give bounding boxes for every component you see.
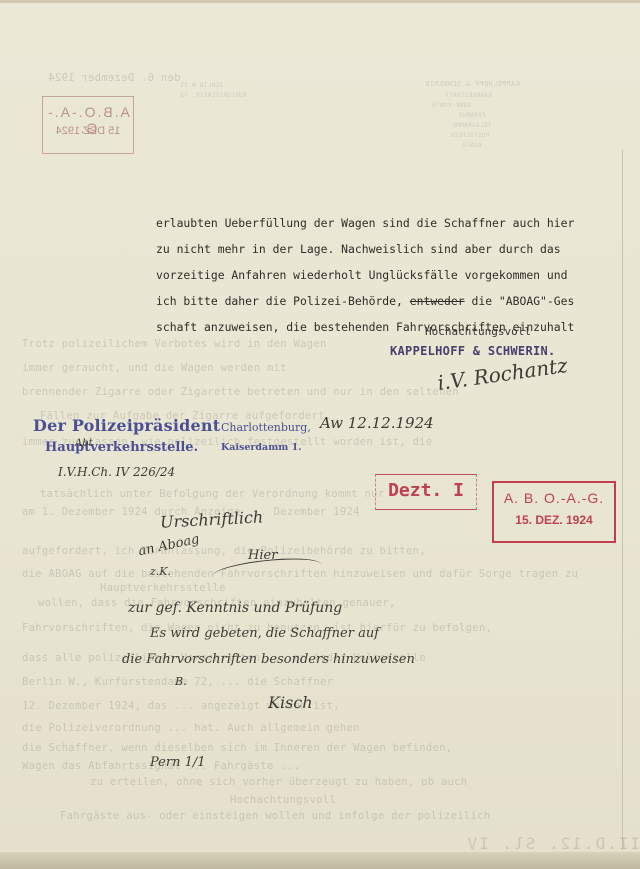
handwritten-instruction: Urschriftlich (160, 507, 264, 531)
ghost-row: Hochachtungsvoll (230, 794, 336, 806)
handwritten-abbr-zk: z.K. (150, 565, 171, 578)
ghost-row: tatsächlich unter Befolgung der Verordnu… (40, 488, 384, 500)
ghost-row: zu erteilen, ohne sich vorher überzeugt … (90, 776, 467, 788)
closing-salutation: Hochachtungsvoll (425, 325, 531, 338)
handwritten-initial-mark: B. (175, 675, 187, 688)
body-line-4-start: ich bitte daher die Polizei-Behörde, (156, 294, 410, 308)
document-page: den 6. Dezember 1924 BERLIN W.35 KURFÜRS… (0, 0, 640, 869)
ghost-row: aufgefordert, ich Veranlassung, die Poli… (22, 545, 426, 557)
handwritten-date-2: Pern 1/1 (150, 755, 206, 770)
letterhead-bleed-line: FERNRUF (458, 112, 485, 119)
paper-fold-line (622, 150, 623, 850)
letterhead-bleed-line: BANKGESCHÄFT (445, 92, 492, 99)
handwritten-signature: i.V. Rochantz (436, 353, 569, 395)
handwritten-note-2: Es wird gebeten, die Schaffner auf (150, 626, 379, 641)
department-stamp-label: Dezt. I (376, 480, 476, 501)
police-stamp-title: Der Polizeipräsident (33, 416, 220, 435)
letterhead-bleed-line: BANK-KONTO (432, 102, 471, 109)
police-stamp-address: Kaiserdamm 1. (221, 442, 302, 453)
handwritten-abt: Abt (75, 438, 93, 449)
letterhead-date-bleed: den 6. Dezember 1924 (48, 72, 180, 84)
body-line-3: vorzeitige Anfahren wiederholt Unglücksf… (156, 262, 574, 288)
letterhead-bleed-line: TELEGRAMME (452, 122, 491, 129)
paper-top-edge (0, 0, 640, 3)
police-president-stamp: Der Polizeipräsident Charlottenburg, Hau… (33, 416, 220, 435)
body-line-2: zu nicht mehr in der Lage. Nachweislich … (156, 236, 574, 262)
ghost-row: brennender Zigarre oder Zigarette betret… (22, 386, 459, 398)
struck-word: entweder (410, 294, 465, 308)
paper-bottom-edge (0, 852, 640, 869)
handwritten-signature-kisch: Kisch (268, 693, 313, 712)
handwritten-date: Aw 12.12.1924 (320, 414, 434, 432)
letter-body: erlaubten Ueberfüllung der Wagen sind di… (156, 184, 574, 340)
receipt-stamp-date: 15. DEZ. 1924 (494, 513, 614, 527)
department-stamp: Dezt. I (375, 474, 477, 510)
receipt-stamp-company: A. B. O.-A.-G. (494, 490, 614, 506)
faded-receipt-stamp: A.B.O.-A.-G. 15 DEZ 1924 (42, 96, 134, 154)
handwritten-reference: I.V.H.Ch. IV 226/24 (58, 465, 175, 479)
body-line-1: erlaubten Ueberfüllung der Wagen sind di… (156, 210, 574, 236)
pen-curve (211, 554, 323, 586)
handwritten-note-3: die Fahrvorschriften besonders hinzuweis… (122, 652, 415, 667)
company-stamp: KAPPELHOFF & SCHWERIN. (390, 344, 556, 358)
letterhead-company-bleed: KAPPELHOFF & SCHWERIN (425, 80, 520, 88)
ghost-row: immer geraucht, und die Wagen werden mit (22, 362, 287, 374)
body-line-4: ich bitte daher die Polizei-Behörde, ent… (156, 288, 574, 314)
letterhead-bleed-line: KONTO (462, 142, 482, 149)
faded-stamp-line2: 15 DEZ 1924 (43, 125, 133, 137)
ghost-row: die Polizeiverordnung ... hat. Auch allg… (22, 722, 360, 734)
ghost-row: Fahrgäste aus- oder einsteigen wollen un… (60, 810, 490, 822)
ghost-row: die Schaffner, wenn dieselben sich im In… (22, 742, 452, 754)
police-stamp-place: Charlottenburg, (221, 421, 311, 434)
letterhead-address-bleed-2: KURFÜRSTENSTR. 72 (180, 92, 247, 99)
aboag-receipt-stamp: A. B. O.-A.-G. 15. DEZ. 1924 (492, 481, 616, 543)
letterhead-bleed-line: POSTSCHECK (450, 132, 489, 139)
letterhead-address-bleed-1: BERLIN W.35 (180, 82, 223, 89)
handwritten-note-1: zur gef. Kenntnis und Prüfung (128, 600, 342, 616)
police-stamp-department: Hauptverkehrsstelle. (45, 440, 198, 455)
body-line-4-end: die "ABOAG"-Ges (465, 294, 575, 308)
ghost-row: Hauptverkehrsstelle (100, 582, 226, 594)
